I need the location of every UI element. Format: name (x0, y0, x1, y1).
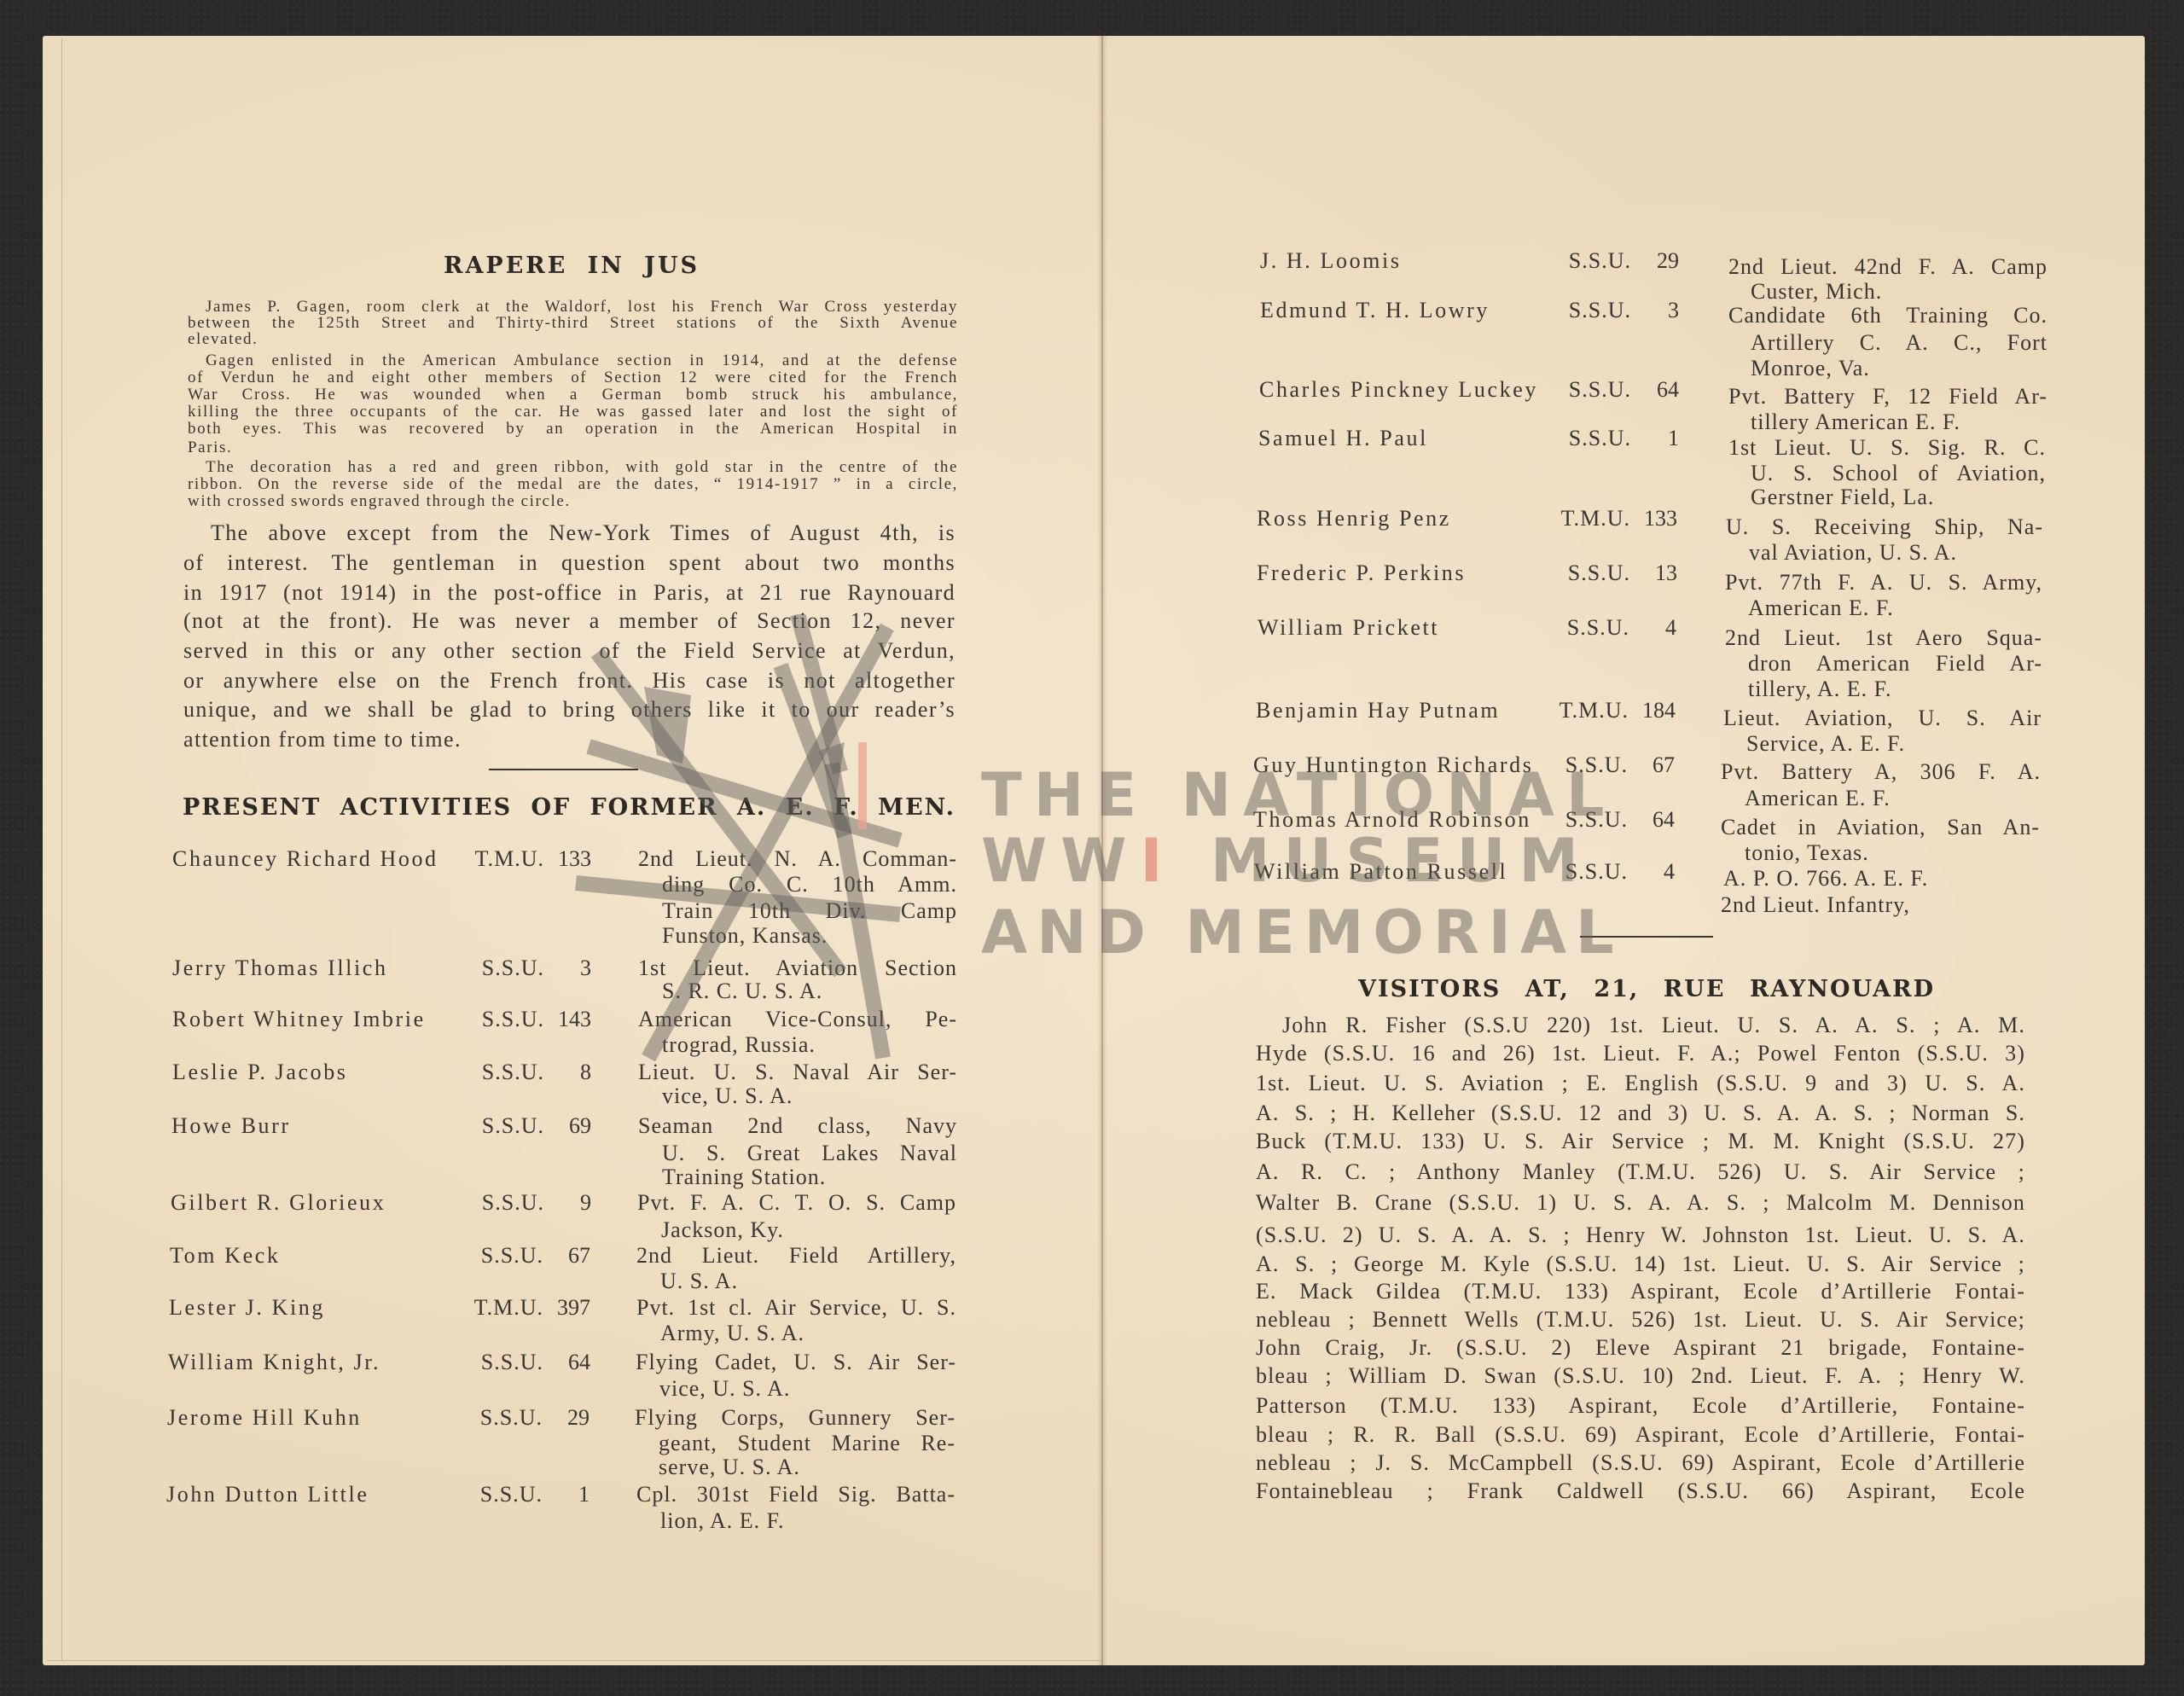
entry-activity-line: Pvt. Battery A, 306 F. A. (1721, 759, 2041, 785)
entry-activity-line: Pvt. 77th F. A. U. S. Army, (1725, 570, 2042, 595)
entry-name: Frederic P. Perkins (1257, 560, 1466, 586)
entry-unit: S.S.U. (1529, 615, 1629, 641)
entry-unit-number: 64 (1638, 377, 1679, 403)
entry-activity-line: tonio, Texas. (1745, 840, 2040, 866)
entry-unit-number: 29 (1638, 248, 1679, 274)
entry-activity-line: American E. F. (1748, 595, 2042, 621)
entry-name: William Prickett (1258, 615, 1439, 641)
visitors-line: John Craig, Jr. (S.S.U. 2) Eleve Aspiran… (1256, 1333, 2025, 1362)
visitors-line: A. S. ; George M. Kyle (S.S.U. 14) 1st. … (1256, 1250, 2025, 1279)
entry-activity-line: A. P. O. 766. A. E. F. (1723, 866, 2042, 892)
entry-name: Samuel H. Paul (1258, 426, 1428, 451)
visitors-line: Hyde (S.S.U. 16 and 26) 1st. Lieut. F. A… (1256, 1039, 2025, 1068)
right-page: J. H. Loomis S.S.U. 29 2nd Lieut. 42nd F… (0, 0, 2184, 1696)
entry-unit-number: 133 (1636, 506, 1677, 531)
entry-activity-line: val Aviation, U. S. A. (1749, 540, 2043, 566)
entry-activity-line: 2nd Lieut. 42nd F. A. Camp (1728, 254, 2047, 280)
entry-name: Ross Henrig Penz (1257, 506, 1451, 531)
entry-activity-line: U. S. School of Aviation, (1751, 461, 2046, 486)
entry-unit-number: 184 (1635, 698, 1676, 723)
entry-activity-line: Service, A. E. F. (1746, 731, 2042, 757)
visitors-line: (S.S.U. 2) U. S. A. A. S. ; Henry W. Joh… (1256, 1221, 2025, 1250)
entry-unit: T.M.U. (1530, 506, 1630, 531)
entry-unit-number: 3 (1638, 298, 1679, 323)
visitors-line: bleau ; William D. Swan (S.S.U. 10) 2nd.… (1256, 1362, 2025, 1391)
entry-activity-line: Gerstner Field, La. (1751, 485, 2046, 510)
entry-name: Guy Huntington Richards (1253, 752, 1533, 778)
entry-unit: S.S.U. (1527, 859, 1628, 885)
visitors-line: Patterson (T.M.U. 133) Aspirant, Ecole d… (1256, 1391, 2025, 1420)
entry-activity-line: U. S. Receiving Ship, Na- (1726, 514, 2043, 540)
entry-unit: S.S.U. (1527, 807, 1628, 833)
visitors-heading: VISITORS AT, 21, RUE RAYNOUARD (1358, 977, 1935, 1002)
entry-unit: S.S.U. (1531, 298, 1631, 323)
entry-unit: S.S.U. (1527, 752, 1628, 778)
visitors-line: A. R. C. ; Anthony Manley (T.M.U. 526) U… (1256, 1158, 2025, 1187)
entry-name: Charles Pinckney Luckey (1259, 377, 1538, 403)
entry-activity-line: Pvt. Battery F, 12 Field Ar- (1728, 384, 2047, 409)
visitors-line: nebleau ; Bennett Wells (T.M.U. 526) 1st… (1256, 1305, 2025, 1334)
scanned-document-view: RAPERE IN JUS James P. Gagen, room clerk… (0, 0, 2184, 1696)
entry-activity-line: tillery American E. F. (1751, 409, 2047, 435)
visitors-line: Buck (T.M.U. 133) U. S. Air Service ; M.… (1256, 1127, 2025, 1156)
visitors-line: nebleau ; J. S. McCampbell (S.S.U. 69) A… (1256, 1449, 2025, 1478)
entry-activity-line: 1st Lieut. U. S. Sig. R. C. (1728, 435, 2046, 461)
entry-unit: T.M.U. (1528, 698, 1629, 723)
visitors-line: Fontainebleau ; Frank Caldwell (S.S.U. 6… (1256, 1477, 2025, 1506)
entry-activity-line: 2nd Lieut. 1st Aero Squa- (1725, 625, 2042, 651)
entry-unit: S.S.U. (1530, 560, 1630, 586)
entry-unit: S.S.U. (1531, 248, 1631, 274)
entry-unit: S.S.U. (1531, 426, 1631, 451)
entry-activity-line: dron American Field Ar- (1748, 651, 2042, 677)
section-divider (1580, 936, 1713, 938)
entry-unit-number: 1 (1638, 426, 1679, 451)
entry-unit-number: 4 (1635, 615, 1676, 641)
entry-activity-line: Monroe, Va. (1751, 356, 2047, 381)
entry-activity-line: Candidate 6th Training Co. (1728, 303, 2047, 328)
entry-activity-line: Artillery C. A. C., Fort (1751, 330, 2047, 356)
entry-unit: S.S.U. (1531, 377, 1631, 403)
entry-unit-number: 13 (1636, 560, 1677, 586)
entry-activity-line: Cadet in Aviation, San An- (1721, 815, 2040, 840)
entry-unit-number: 64 (1634, 807, 1675, 833)
visitors-line: John R. Fisher (S.S.U 220) 1st. Lieut. U… (1282, 1011, 2025, 1040)
entry-unit-number: 4 (1634, 859, 1675, 885)
entry-name: Thomas Arnold Robinson (1253, 807, 1531, 833)
visitors-line: bleau ; R. R. Ball (S.S.U. 69) Aspirant,… (1256, 1420, 2025, 1449)
entry-name: Benjamin Hay Putnam (1256, 698, 1500, 723)
entry-name: William Patton Russell (1254, 859, 1507, 885)
entry-activity-line: American E. F. (1745, 786, 2041, 811)
entry-activity-line: Lieut. Aviation, U. S. Air (1723, 706, 2042, 731)
entry-name: Edmund T. H. Lowry (1260, 298, 1490, 323)
entry-activity-line: Custer, Mich. (1751, 279, 2047, 305)
visitors-line: 1st. Lieut. U. S. Aviation ; E. English … (1256, 1069, 2025, 1098)
entry-activity-line: tillery, A. E. F. (1748, 677, 2042, 702)
entry-unit-number: 67 (1634, 752, 1675, 778)
visitors-line: Walter B. Crane (S.S.U. 1) U. S. A. A. S… (1256, 1188, 2025, 1217)
visitors-line: A. S. ; H. Kelleher (S.S.U. 12 and 3) U.… (1256, 1099, 2025, 1128)
entry-activity-line: 2nd Lieut. Infantry, (1721, 892, 2040, 918)
entry-name: J. H. Loomis (1260, 248, 1402, 274)
visitors-line: E. Mack Gildea (T.M.U. 133) Aspirant, Ec… (1256, 1277, 2025, 1306)
